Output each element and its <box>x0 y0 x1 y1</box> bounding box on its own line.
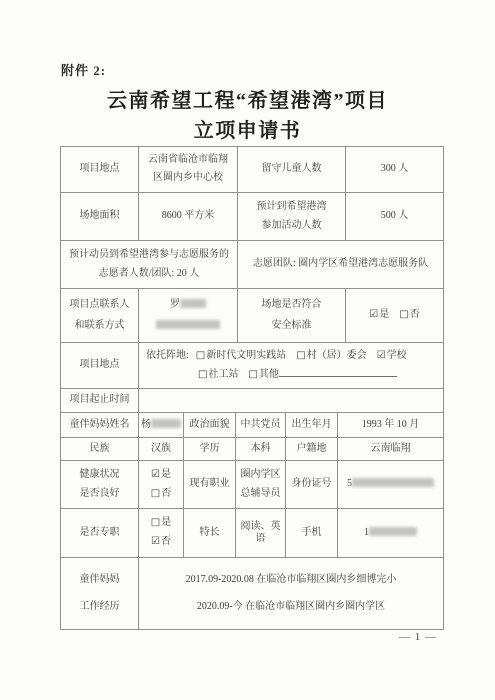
label-mobile: 手机 <box>286 509 338 558</box>
checkbox-label: 其他 <box>259 369 279 380</box>
checkbox-label: 新时代文明实践站 <box>206 350 286 361</box>
text-line: 总辅导员 <box>241 488 281 501</box>
checkbox-label: 是 <box>379 309 389 320</box>
value-education: 本科 <box>236 438 286 461</box>
text-line: 预计到希望港湾 <box>257 201 327 214</box>
checkbox-unchecked-icon: □ <box>151 517 160 528</box>
label-education: 学历 <box>184 438 236 461</box>
venue-prefix: 依托阵地: <box>146 350 189 361</box>
checkbox-label: 否 <box>161 536 171 547</box>
row-work-experience: 童伴妈妈 工作经历 2017.09-2020.08 在临沧市临翔区圈内乡细博完小… <box>61 558 444 630</box>
contact-name-prefix: 罗 <box>170 299 180 310</box>
value-work-experience: 2017.09-2020.08 在临沧市临翔区圈内乡细博完小 2020.09-今… <box>139 558 444 630</box>
row-contact-person: 项目点联系人 和联系方式 罗 场地是否符合 安全标准 ☑是□否 <box>61 289 444 343</box>
text-line: 项目点联系人 <box>70 299 130 312</box>
checkbox-label: 村（居）委会 <box>307 350 367 361</box>
text-line: 健康状况 <box>80 469 120 482</box>
blank-underline <box>279 368 397 377</box>
contact-name: 罗 <box>170 299 206 312</box>
text-line: 工作经历 <box>80 601 120 614</box>
row-project-location: 项目地点 云南省临沧市临翔 区圈内乡中心校 留守儿童人数 300 人 <box>61 147 444 193</box>
label-site-area: 场地面积 <box>61 193 139 241</box>
label-specialty: 特长 <box>184 509 236 558</box>
checkbox-label: 否 <box>410 309 420 320</box>
value-mother-name: 杨 <box>139 413 184 438</box>
value-project-duration <box>139 389 444 413</box>
label-current-occupation: 现有职业 <box>184 461 236 509</box>
row-health-occupation: 健康状况 是否良好 ☑是 □否 现有职业 圈内学区 总辅导员 身份证号 5 <box>61 461 444 509</box>
value-ethnicity: 汉族 <box>139 438 184 461</box>
application-form-table: 项目地点 云南省临沧市临翔 区圈内乡中心校 留守儿童人数 300 人 场地面积 … <box>60 146 444 630</box>
value-left-behind-children-count: 300 人 <box>346 147 444 193</box>
checkbox-health-yes: ☑是 <box>151 469 171 482</box>
label-political-status: 政治面貌 <box>184 413 236 438</box>
text-line: 安全标准 <box>272 320 312 333</box>
checkbox-checked-icon: ☑ <box>151 536 160 547</box>
value-residence: 云南临翔 <box>338 438 444 461</box>
checkbox-label: 是 <box>161 517 171 528</box>
row-volunteers: 预计动员到希望港湾参与志愿服务的 志愿者人数/团队: 20 人 志愿团队: 圈内… <box>61 241 444 289</box>
attachment-label: 附件 2: <box>61 60 106 79</box>
redacted-mother-name <box>151 419 181 428</box>
text-line: 2017.09-2020.08 在临沧市临翔区圈内乡细博完小 <box>186 574 397 587</box>
value-site-safety: ☑是□否 <box>346 289 444 343</box>
row-site-area: 场地面积 8600 平方米 预计到希望港湾 参加活动人数 500 人 <box>61 193 444 241</box>
row-fulltime-specialty: 是否专职 □是 ☑否 特长 阅读、英语 手机 1 <box>61 509 444 558</box>
text-line: 参加活动人数 <box>262 220 322 233</box>
label-mother-name: 童伴妈妈姓名 <box>61 413 139 438</box>
text-line: 志愿者人数/团队: 20 人 <box>99 268 200 281</box>
label-contact-person: 项目点联系人 和联系方式 <box>61 289 139 343</box>
value-project-location: 云南省临沧市临翔 区圈内乡中心校 <box>139 147 238 193</box>
checkbox-checked-icon: ☑ <box>151 469 160 480</box>
checkbox-site-safe-no: □否 <box>399 309 419 320</box>
page-number: — 1 — <box>399 631 437 643</box>
text-line: 是否良好 <box>80 488 120 501</box>
scanned-application-document: 附件 2: 云南希望工程“希望港湾”项目 立项申请书 项目地点 云南省临沧市临翔… <box>0 0 495 700</box>
label-id-number: 身份证号 <box>286 461 338 509</box>
label-project-duration: 项目起止时间 <box>61 389 139 413</box>
label-residence: 户籍地 <box>286 438 338 461</box>
checkbox-checked-icon: ☑ <box>377 350 386 361</box>
document-title-line1: 云南希望工程“希望港湾”项目 <box>0 84 495 113</box>
value-venue-type: 依托阵地:□新时代文明实践站□村（居）委会☑学校 □社工站□其他 <box>139 343 444 389</box>
text-line: 童伴妈妈 <box>80 574 120 587</box>
checkbox-label: 社工站 <box>208 369 238 380</box>
label-expected-participants: 预计到希望港湾 参加活动人数 <box>238 193 346 241</box>
row-project-duration: 项目起止时间 <box>61 389 444 413</box>
checkbox-fulltime-no: ☑否 <box>151 536 171 549</box>
value-volunteer-team: 志愿团队: 圈内学区希望港湾志愿服务队 <box>238 241 444 289</box>
checkbox-label: 学校 <box>387 350 407 361</box>
text-line: 和联系方式 <box>75 320 125 333</box>
value-expected-participants: 500 人 <box>346 193 444 241</box>
value-id-number: 5 <box>338 461 444 509</box>
text-line: 预计动员到希望港湾参与志愿服务的 <box>69 249 229 262</box>
redacted-id-number <box>352 478 434 487</box>
checkbox-other: □其他 <box>248 369 278 380</box>
checkbox-village-committee: □村（居）委会 <box>296 350 366 361</box>
value-health-status: ☑是 □否 <box>139 461 184 509</box>
contact-phone <box>156 320 220 333</box>
venue-options-line2: □社工站□其他 <box>146 368 397 382</box>
checkbox-label: 是 <box>161 469 171 480</box>
value-specialty: 阅读、英语 <box>236 509 286 558</box>
checkbox-unchecked-icon: □ <box>248 369 257 380</box>
checkbox-health-no: □否 <box>151 488 171 501</box>
checkbox-social-work-station: □社工站 <box>198 369 238 380</box>
mother-name-prefix: 杨 <box>141 419 151 430</box>
checkbox-unchecked-icon: □ <box>196 350 205 361</box>
text-line: 区圈内乡中心校 <box>153 172 223 185</box>
value-is-fulltime: □是 ☑否 <box>139 509 184 558</box>
checkbox-unchecked-icon: □ <box>399 309 408 320</box>
document-title-line2: 立项申请书 <box>0 114 495 143</box>
checkbox-civilization-station: □新时代文明实践站 <box>196 350 286 361</box>
row-ethnicity-education: 民族 汉族 学历 本科 户籍地 云南临翔 <box>61 438 444 461</box>
text-line: 2020.09-今 在临沧市临翔区圈内乡圈内学区 <box>197 601 385 614</box>
redacted-contact-phone <box>156 320 220 329</box>
label-birth-date: 出生年月 <box>286 413 338 438</box>
text-line: 圈内学区 <box>241 469 281 482</box>
value-political-status: 中共党员 <box>236 413 286 438</box>
checkbox-school: ☑学校 <box>377 350 407 361</box>
label-health-status: 健康状况 是否良好 <box>61 461 139 509</box>
text-line: 场地是否符合 <box>262 299 322 312</box>
checkbox-site-safe-yes: ☑是 <box>369 309 389 320</box>
value-birth-date: 1993 年 10 月 <box>338 413 444 438</box>
value-current-occupation: 圈内学区 总辅导员 <box>236 461 286 509</box>
checkbox-unchecked-icon: □ <box>151 488 160 499</box>
value-contact-person: 罗 <box>139 289 238 343</box>
value-site-area: 8600 平方米 <box>139 193 238 241</box>
label-project-location: 项目地点 <box>61 147 139 193</box>
text-line: 云南省临沧市临翔 <box>148 154 228 167</box>
label-is-fulltime: 是否专职 <box>61 509 139 558</box>
checkbox-unchecked-icon: □ <box>198 369 207 380</box>
redacted-mobile <box>369 527 417 536</box>
checkbox-label: 否 <box>161 488 171 499</box>
label-volunteer-count: 预计动员到希望港湾参与志愿服务的 志愿者人数/团队: 20 人 <box>61 241 238 289</box>
value-mobile: 1 <box>338 509 444 558</box>
row-mother-name: 童伴妈妈姓名 杨 政治面貌 中共党员 出生年月 1993 年 10 月 <box>61 413 444 438</box>
checkbox-fulltime-yes: □是 <box>151 517 171 530</box>
label-site-safety: 场地是否符合 安全标准 <box>238 289 346 343</box>
redacted-contact-name <box>180 299 206 308</box>
label-project-venue: 项目地点 <box>61 343 139 389</box>
label-ethnicity: 民族 <box>61 438 139 461</box>
label-work-experience: 童伴妈妈 工作经历 <box>61 558 139 630</box>
label-left-behind-children-count: 留守儿童人数 <box>238 147 346 193</box>
row-venue-type: 项目地点 依托阵地:□新时代文明实践站□村（居）委会☑学校 □社工站□其他 <box>61 343 444 389</box>
checkbox-checked-icon: ☑ <box>369 309 378 320</box>
checkbox-unchecked-icon: □ <box>296 350 305 361</box>
venue-options-line1: 依托阵地:□新时代文明实践站□村（居）委会☑学校 <box>146 350 407 363</box>
